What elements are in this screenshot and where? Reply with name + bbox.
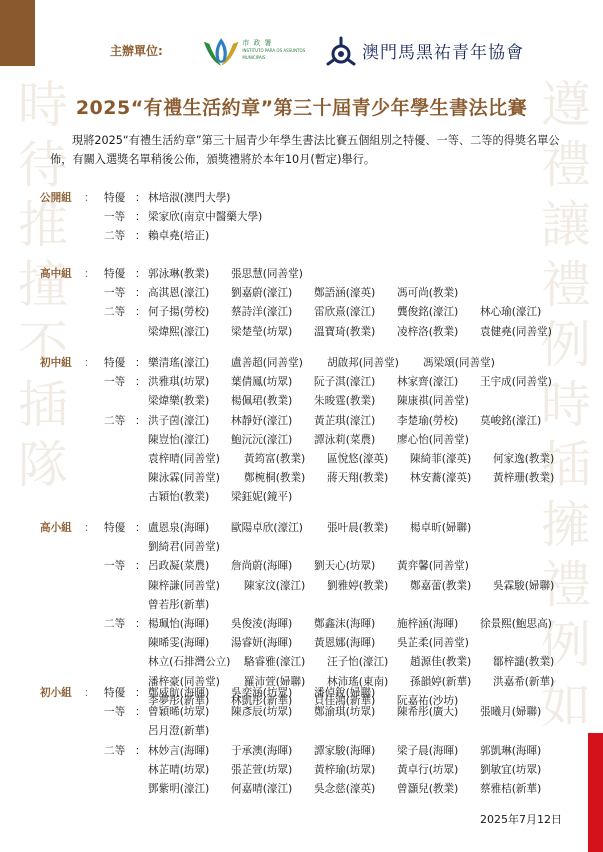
winner-name: 譚泳莉(菜農) [314, 431, 397, 450]
winner-name: 洪雅琪(坊眾) [148, 373, 231, 392]
winner-name: 何嘉晴(濠江) [231, 780, 314, 799]
iam-text: 市政署 INSTITUTO PARA OS ASSUNTOS MUNICIPAI… [242, 40, 322, 61]
prize-label: 一等 [104, 373, 134, 392]
winner-name: 鄭嘉蕾(教業) [410, 577, 493, 596]
winner-name: 凌梓洛(教業) [397, 323, 480, 342]
winner-name: 吳念慈(濠英) [314, 780, 397, 799]
winner-name: 盧善超(同善堂) [231, 354, 327, 373]
prize-tier: 特優：林培淑(澳門大學) [104, 189, 588, 208]
winner-name: 黃筠富(教業) [244, 450, 327, 469]
winner-name: 區悅悠(濠英) [327, 450, 410, 469]
winner-name: 莫峻銘(濠江) [480, 412, 563, 431]
winner-name: 吳奕涵(坊眾) [231, 684, 314, 703]
prize-colon: ： [135, 189, 146, 208]
winner-name: 郭凱琳(海暉) [480, 742, 563, 761]
prize-colon: ： [135, 265, 146, 284]
prize-label: 一等 [104, 284, 134, 303]
prize-colon: ： [135, 284, 146, 303]
winner-name: 梁家欣(南京中醫藥大學) [148, 208, 244, 227]
winner-list: 呂政凝(菜農)詹尚蔚(海暉)劉天心(坊眾)黃弈馨(同善堂)陳梓謙(同善堂)陳家汶… [148, 557, 588, 615]
association-logo: 澳門馬黑祐青年協會 [326, 36, 524, 66]
winner-name: 張思慧(同善堂) [231, 265, 327, 284]
winner-name: 呂政凝(菜農) [148, 557, 231, 576]
winner-name: 蔣天翔(教業) [327, 469, 410, 488]
corner-decoration [0, 0, 35, 66]
prize-label: 特優 [104, 354, 134, 373]
prize-tier: 二等：林妙言(海暉)于承澳(海暉)譚家駿(海暉)梁子晨(海暉)郭凱琳(海暉)林芷… [104, 742, 588, 800]
intro-paragraph: 現將2025“有禮生活約章”第三十屆青少年學生書法比賽五個組別之特優、一等、二等… [50, 131, 560, 169]
prize-colon: ： [135, 557, 146, 576]
winner-list: 樂清瑤(濠江)盧善超(同善堂)胡啟邦(同善堂)馮梁頌(同善堂) [148, 354, 588, 373]
winner-name: 張曦月(婦聯) [480, 703, 563, 722]
winner-name: 梁子晨(海暉) [397, 742, 480, 761]
winner-name: 陳晞雯(海暉) [148, 634, 231, 653]
winner-name: 阮子淇(濠江) [314, 373, 397, 392]
winner-name: 駱睿雅(濠江) [244, 653, 327, 672]
winner-name: 林家齊(濠江) [397, 373, 480, 392]
association-name: 澳門馬黑祐青年協會 [362, 38, 524, 63]
prize-label: 特優 [104, 265, 134, 284]
prize-colon: ： [135, 227, 146, 246]
prize-label: 特優 [104, 519, 134, 538]
prize-label: 二等 [104, 615, 134, 634]
winner-name: 劉雅婷(教業) [327, 577, 410, 596]
winner-name: 郭泳琳(教業) [148, 265, 231, 284]
winner-name: 陳康祺(同善堂) [397, 392, 493, 411]
winner-list: 高淇恩(濠江)劉嘉蔚(濠江)鄭語涵(濠英)馮可尚(教業) [148, 284, 588, 303]
winner-name: 黃芷琪(濠江) [314, 412, 397, 431]
winner-name: 黃梓瑜(坊眾) [314, 761, 397, 780]
winner-list: 林妙言(海暉)于承澳(海暉)譚家駿(海暉)梁子晨(海暉)郭凱琳(海暉)林芷晴(坊… [148, 742, 588, 800]
prize-label: 一等 [104, 557, 134, 576]
winner-name: 鄭語涵(濠英) [314, 284, 397, 303]
award-group: 高中組：特優：郭泳琳(教業)張思慧(同善堂)一等：高淇恩(濠江)劉嘉蔚(濠江)鄭… [40, 265, 588, 342]
iam-name-zh: 市政署 [242, 40, 322, 47]
group-colon: ： [84, 519, 95, 538]
issue-date: 2025年7月12日 [480, 811, 562, 827]
winner-name: 陳泳霖(同善堂) [148, 469, 244, 488]
prize-tier: 特優：鄭威航(海暉)吳奕涵(坊眾)潘倬銳(婦聯) [104, 684, 588, 703]
winner-name: 湯睿妍(海暉) [231, 634, 314, 653]
winner-name: 吳霖駿(婦聯) [493, 577, 576, 596]
winner-name: 陳彥辰(坊眾) [231, 703, 314, 722]
winner-name: 楊佩珺(教業) [231, 392, 314, 411]
winner-name: 曾若彤(新華) [148, 596, 231, 615]
winner-name: 汪子怡(濠江) [327, 653, 410, 672]
prize-colon: ： [135, 615, 146, 634]
prize-tier: 二等：洪子茵(濠江)林靜妤(濠江)黃芷琪(濠江)李楚瑜(勞校)莫峻銘(濠江)陳豈… [104, 412, 588, 508]
winner-name: 何子揚(勞校) [148, 303, 231, 322]
winner-name: 陳豈怡(濠江) [148, 431, 231, 450]
winner-name: 施梓涵(海暉) [397, 615, 480, 634]
winner-name: 劉綺君(同善堂) [148, 538, 244, 557]
group-label: 高小組 [40, 519, 84, 538]
winner-list: 洪子茵(濠江)林靜妤(濠江)黃芷琪(濠江)李楚瑜(勞校)莫峻銘(濠江)陳豈怡(濠… [148, 412, 588, 508]
winner-name: 林培淑(澳門大學) [148, 189, 244, 208]
association-emblem-icon [326, 36, 356, 66]
prize-colon: ： [135, 208, 146, 227]
winner-name: 曾穎晞(坊眾) [148, 703, 231, 722]
winner-name: 吳芷柔(同善堂) [397, 634, 493, 653]
winner-list: 盧恩泉(海暉)歐陽卓欣(濠江)張叶晨(教業)楊卓昕(婦聯)劉綺君(同善堂) [148, 519, 588, 557]
winner-list: 梁家欣(南京中醫藥大學) [148, 208, 588, 227]
sponsor-row: 主辦單位: 市政署 INSTITUTO PARA OS ASSUNTOS MUN… [110, 28, 524, 73]
winner-name: 林靜妤(濠江) [231, 412, 314, 431]
winner-name: 鄭威航(海暉) [148, 684, 231, 703]
prize-label: 二等 [104, 742, 134, 761]
winner-list: 曾穎晞(坊眾)陳彥辰(坊眾)鄭渝琪(坊眾)陳希彤(廣大)張曦月(婦聯)呂月澄(新… [148, 703, 588, 741]
prize-colon: ： [135, 303, 146, 322]
winner-name: 雷欣熹(濠江) [314, 303, 397, 322]
prize-tier: 一等：梁家欣(南京中醫藥大學) [104, 208, 588, 227]
winner-name: 馮梁頌(同善堂) [423, 354, 519, 373]
winner-name: 梁煒樂(教業) [148, 392, 231, 411]
winner-name: 黃梓珊(教業) [493, 469, 576, 488]
winner-name: 潘倬銳(婦聯) [314, 684, 397, 703]
group-label: 初小組 [40, 684, 84, 703]
winner-name: 吳俊淩(海暉) [231, 615, 314, 634]
winner-name: 陳綺菲(濠英) [410, 450, 493, 469]
prize-label: 二等 [104, 303, 134, 322]
winner-list: 郭泳琳(教業)張思慧(同善堂) [148, 265, 588, 284]
winner-name: 鄭鑫沫(海暉) [314, 615, 397, 634]
winner-name: 梁煒熙(濠江) [148, 323, 231, 342]
prize-label: 二等 [104, 412, 134, 431]
group-colon: ： [84, 265, 95, 284]
winner-name: 王宇成(同善堂) [480, 373, 576, 392]
winner-name: 馮可尚(教業) [397, 284, 480, 303]
iam-name-pt: INSTITUTO PARA OS ASSUNTOS MUNICIPAIS [242, 47, 322, 61]
prize-tier: 特優：樂清瑤(濠江)盧善超(同善堂)胡啟邦(同善堂)馮梁頌(同善堂) [104, 354, 588, 373]
winner-name: 龔俊銘(濠江) [397, 303, 480, 322]
group-label: 公開組 [40, 189, 84, 208]
winner-name: 鮑沅沅(濠江) [231, 431, 314, 450]
winner-name: 譚家駿(海暉) [314, 742, 397, 761]
winner-name: 張芷萱(坊眾) [231, 761, 314, 780]
group-colon: ： [84, 684, 95, 703]
winner-name: 盧恩泉(海暉) [148, 519, 231, 538]
winner-name: 陳家汶(濠江) [244, 577, 327, 596]
prize-tier: 一等：洪雅琪(坊眾)葉倩鳳(坊眾)阮子淇(濠江)林家齊(濠江)王宇成(同善堂)梁… [104, 373, 588, 411]
winner-list: 何子揚(勞校)蔡詩洋(濠江)雷欣熹(濠江)龔俊銘(濠江)林心瑜(濠江)梁煒熙(濠… [148, 303, 588, 341]
prize-tier: 二等：賴卓堯(培正) [104, 227, 588, 246]
winner-name: 梁鈺妮(鏡平) [231, 488, 314, 507]
prize-tier: 特優：郭泳琳(教業)張思慧(同善堂) [104, 265, 588, 284]
winner-name: 林妙言(海暉) [148, 742, 231, 761]
winner-name: 蔡雅桔(新華) [480, 780, 563, 799]
winner-name: 賴卓堯(培正) [148, 227, 231, 246]
group-colon: ： [84, 189, 95, 208]
winner-name: 廖心怡(同善堂) [397, 431, 493, 450]
group-label: 高中組 [40, 265, 84, 284]
winner-name: 劉天心(坊眾) [314, 557, 397, 576]
red-side-bar [588, 733, 603, 852]
winner-name: 鄒梓譴(教業) [493, 653, 576, 672]
winner-name: 張叶晨(教業) [327, 519, 410, 538]
winner-name: 朱晙霆(教業) [314, 392, 397, 411]
winner-list: 鄭威航(海暉)吳奕涵(坊眾)潘倬銳(婦聯) [148, 684, 588, 703]
winner-name: 黃卓行(坊眾) [397, 761, 480, 780]
sponsor-label: 主辦單位: [110, 42, 202, 59]
prize-colon: ： [135, 412, 146, 431]
award-group: 公開組：特優：林培淑(澳門大學)一等：梁家欣(南京中醫藥大學)二等：賴卓堯(培正… [40, 189, 588, 247]
prize-colon: ： [135, 373, 146, 392]
winner-name: 詹尚蔚(海暉) [231, 557, 314, 576]
winner-name: 林安蕎(濠英) [410, 469, 493, 488]
winner-name: 陳希彤(廣大) [397, 703, 480, 722]
winner-name: 李楚瑜(勞校) [397, 412, 480, 431]
winner-name: 徐景熙(鮑思高) [480, 615, 576, 634]
prize-colon: ： [135, 742, 146, 761]
winner-name: 梁楚瑩(坊眾) [231, 323, 314, 342]
winner-name: 林立(石排灣公立) [148, 653, 244, 672]
winner-name: 樂清瑤(濠江) [148, 354, 231, 373]
winner-name: 劉嘉蔚(濠江) [231, 284, 314, 303]
winner-name: 洪子茵(濠江) [148, 412, 231, 431]
prize-label: 二等 [104, 227, 134, 246]
winner-name: 高淇恩(濠江) [148, 284, 231, 303]
winner-name: 黃恩娜(海暉) [314, 634, 397, 653]
winner-name: 袁梓晴(同善堂) [148, 450, 244, 469]
group-label: 初中組 [40, 354, 84, 373]
winner-list: 林培淑(澳門大學) [148, 189, 588, 208]
winner-name: 楊卓昕(婦聯) [410, 519, 493, 538]
award-group: 初中組：特優：樂清瑤(濠江)盧善超(同善堂)胡啟邦(同善堂)馮梁頌(同善堂)一等… [40, 354, 588, 508]
prize-tier: 二等：何子揚(勞校)蔡詩洋(濠江)雷欣熹(濠江)龔俊銘(濠江)林心瑜(濠江)梁煒… [104, 303, 588, 341]
winner-name: 林心瑜(濠江) [480, 303, 563, 322]
winner-name: 何家逸(教業) [493, 450, 576, 469]
prize-tier: 特優：盧恩泉(海暉)歐陽卓欣(濠江)張叶晨(教業)楊卓昕(婦聯)劉綺君(同善堂) [104, 519, 588, 557]
winner-name: 劉敏宜(坊眾) [480, 761, 563, 780]
prize-label: 特優 [104, 684, 134, 703]
prize-label: 特優 [104, 189, 134, 208]
winner-name: 林芷晴(坊眾) [148, 761, 231, 780]
winner-name: 袁健堯(同善堂) [480, 323, 576, 342]
prize-colon: ： [135, 519, 146, 538]
winner-name: 于承澳(海暉) [231, 742, 314, 761]
winner-name: 鄭渝琪(坊眾) [314, 703, 397, 722]
page-title: 2025“有禮生活約章”第三十屆青少年學生書法比賽 [0, 93, 603, 120]
prize-tier: 一等：高淇恩(濠江)劉嘉蔚(濠江)鄭語涵(濠英)馮可尚(教業) [104, 284, 588, 303]
winner-name: 鄭椀桐(教業) [244, 469, 327, 488]
winner-name: 陳梓謙(同善堂) [148, 577, 244, 596]
prize-colon: ： [135, 684, 146, 703]
winner-name: 黃弈馨(同善堂) [397, 557, 493, 576]
winner-name: 古穎怡(教業) [148, 488, 231, 507]
award-group: 初小組：特優：鄭威航(海暉)吳奕涵(坊眾)潘倬銳(婦聯)一等：曾穎晞(坊眾)陳彥… [40, 684, 588, 799]
group-colon: ： [84, 354, 95, 373]
iam-lotus-icon [202, 33, 240, 69]
prize-tier: 一等：呂政凝(菜農)詹尚蔚(海暉)劉天心(坊眾)黃弈馨(同善堂)陳梓謙(同善堂)… [104, 557, 588, 615]
winner-name: 呂月澄(新華) [148, 722, 231, 741]
prize-label: 一等 [104, 703, 134, 722]
prize-colon: ： [135, 703, 146, 722]
prize-tier: 一等：曾穎晞(坊眾)陳彥辰(坊眾)鄭渝琪(坊眾)陳希彤(廣大)張曦月(婦聯)呂月… [104, 703, 588, 741]
prize-label: 一等 [104, 208, 134, 227]
award-group: 高小組：特優：盧恩泉(海暉)歐陽卓欣(濠江)張叶晨(教業)楊卓昕(婦聯)劉綺君(… [40, 519, 588, 711]
winner-name: 曾灝兒(教業) [397, 780, 480, 799]
winner-name: 趙源佳(教業) [410, 653, 493, 672]
winner-name: 鄧紫明(濠江) [148, 780, 231, 799]
winner-name: 歐陽卓欣(濠江) [231, 519, 327, 538]
iam-logo: 市政署 INSTITUTO PARA OS ASSUNTOS MUNICIPAI… [202, 33, 322, 69]
winner-name: 蔡詩洋(濠江) [231, 303, 314, 322]
winner-name: 溫寶琦(教業) [314, 323, 397, 342]
winner-name: 葉倩鳳(坊眾) [231, 373, 314, 392]
winner-name: 胡啟邦(同善堂) [327, 354, 423, 373]
winner-list: 洪雅琪(坊眾)葉倩鳳(坊眾)阮子淇(濠江)林家齊(濠江)王宇成(同善堂)梁煒樂(… [148, 373, 588, 411]
prize-colon: ： [135, 354, 146, 373]
winner-name: 楊珮怡(海暉) [148, 615, 231, 634]
winner-list: 賴卓堯(培正) [148, 227, 588, 246]
